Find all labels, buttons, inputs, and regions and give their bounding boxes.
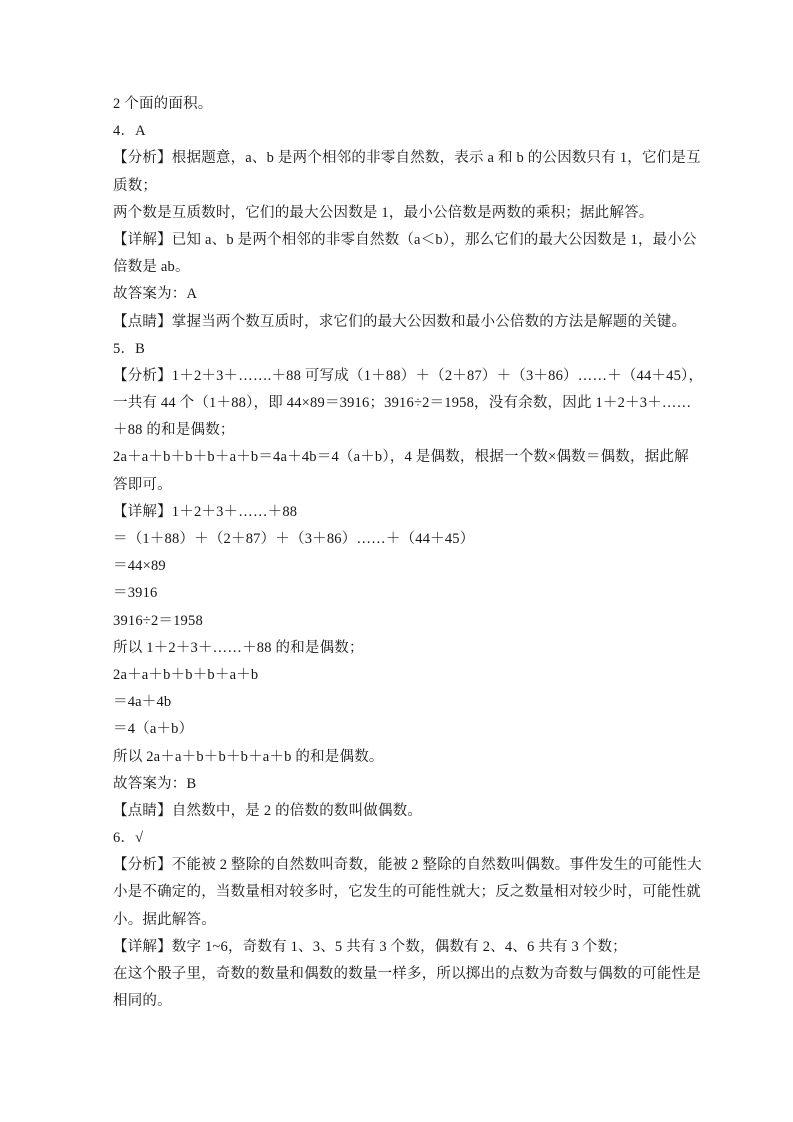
- text-line: ＝4（a＋b）: [113, 716, 713, 743]
- text-line: 一共有 44 个（1＋88），即 44×89＝3916；3916÷2＝1958，…: [113, 390, 713, 417]
- text-line: 【分析】不能被 2 整除的自然数叫奇数，能被 2 整除的自然数叫偶数。事件发生的…: [113, 852, 713, 879]
- text-line: 在这个骰子里，奇数的数量和偶数的数量一样多，所以掷出的点数为奇数与偶数的可能性是: [113, 961, 713, 988]
- text-line: ＝（1＋88）＋（2＋87）＋（3＋86）……＋（44＋45）: [113, 526, 713, 553]
- text-line: 【详解】已知 a、b 是两个相邻的非零自然数（a＜b），那么它们的最大公因数是 …: [113, 227, 713, 254]
- text-line: 所以 1＋2＋3＋……＋88 的和是偶数；: [113, 635, 713, 662]
- text-line: ＝3916: [113, 580, 713, 607]
- text-line: 答即可。: [113, 472, 713, 499]
- text-line: ＋88 的和是偶数；: [113, 417, 713, 444]
- text-line: 2a＋a＋b＋b＋b＋a＋b: [113, 662, 713, 689]
- text-line: 倍数是 ab。: [113, 254, 713, 281]
- text-line: 【详解】数字 1~6，奇数有 1、3、5 共有 3 个数，偶数有 2、4、6 共…: [113, 934, 713, 961]
- text-line: 【分析】根据题意，a、b 是两个相邻的非零自然数，表示 a 和 b 的公因数只有…: [113, 145, 713, 172]
- text-line: 故答案为：B: [113, 771, 713, 798]
- text-line: 两个数是互质数时，它们的最大公因数是 1，最小公倍数是两数的乘积；据此解答。: [113, 200, 713, 227]
- document-content: 2 个面的面积。4．A【分析】根据题意，a、b 是两个相邻的非零自然数，表示 a…: [113, 91, 713, 1015]
- text-line: 小是不确定的，当数量相对较多时，它发生的可能性就大；反之数量相对较少时，可能性就: [113, 879, 713, 906]
- text-line: 小。据此解答。: [113, 907, 713, 934]
- text-line: 4．A: [113, 118, 713, 145]
- text-line: 3916÷2＝1958: [113, 608, 713, 635]
- text-line: 质数；: [113, 173, 713, 200]
- text-line: 【点睛】掌握当两个数互质时，求它们的最大公因数和最小公倍数的方法是解题的关键。: [113, 309, 713, 336]
- document-page: 2 个面的面积。4．A【分析】根据题意，a、b 是两个相邻的非零自然数，表示 a…: [0, 0, 793, 1122]
- text-line: 【详解】1＋2＋3＋……＋88: [113, 499, 713, 526]
- text-line: 【点睛】自然数中，是 2 的倍数的数叫做偶数。: [113, 798, 713, 825]
- text-line: ＝44×89: [113, 553, 713, 580]
- text-line: 所以 2a＋a＋b＋b＋b＋a＋b 的和是偶数。: [113, 744, 713, 771]
- text-line: 2a＋a＋b＋b＋b＋a＋b＝4a＋4b＝4（a＋b），4 是偶数，根据一个数×…: [113, 444, 713, 471]
- text-line: 相同的。: [113, 988, 713, 1015]
- text-line: ＝4a＋4b: [113, 689, 713, 716]
- text-line: 【分析】1＋2＋3＋…….＋88 可写成（1＋88）＋（2＋87）＋（3＋86）…: [113, 363, 713, 390]
- text-line: 6．√: [113, 825, 713, 852]
- text-line: 2 个面的面积。: [113, 91, 713, 118]
- text-line: 故答案为：A: [113, 281, 713, 308]
- text-line: 5．B: [113, 336, 713, 363]
